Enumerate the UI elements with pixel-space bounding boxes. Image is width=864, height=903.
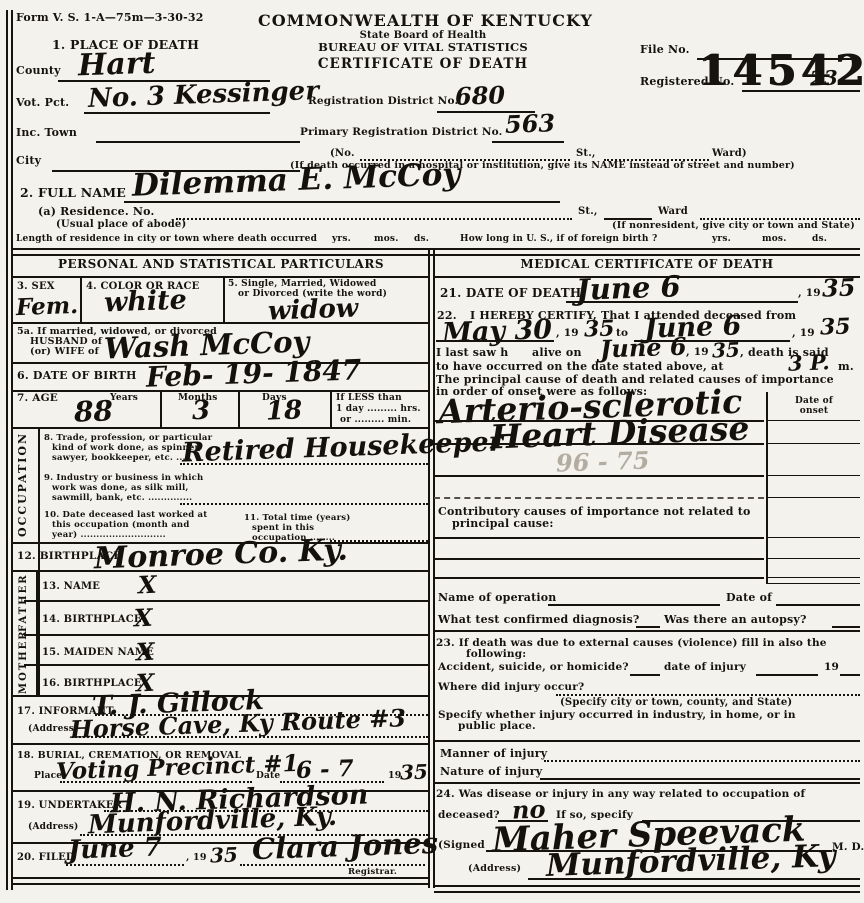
onset-label-2: onset: [768, 406, 860, 416]
top-section-divider: [13, 248, 860, 256]
autopsy-line: [832, 626, 860, 628]
age-label: 7. AGE: [17, 393, 58, 405]
onset-label-1: Date of: [768, 396, 860, 406]
certify-to-year: 35: [820, 315, 851, 338]
q13-value: X: [138, 573, 157, 598]
left-border-inner: [11, 10, 13, 890]
injury-year-label: 19: [824, 662, 839, 674]
dod-line: [566, 301, 798, 303]
certify-from-value: May 30: [442, 316, 553, 347]
sex-value: Fem.: [16, 294, 79, 319]
dob-label: 6. DATE OF BIRTH: [17, 370, 137, 382]
marital-value: widow: [268, 295, 359, 324]
vot-pct-label: Vot. Pct.: [16, 97, 69, 109]
onset-box-bottom: [766, 583, 860, 584]
age-years-value: 88: [74, 397, 114, 426]
last-saw-year: 35: [712, 340, 741, 361]
marital-label-1: 5. Single, Married, Widowed: [228, 279, 377, 289]
physician-addr-label: (Address): [468, 864, 521, 875]
dod-value: June 6: [576, 272, 682, 305]
burial-year-value: 35: [400, 762, 429, 783]
no-st-ward-label-ward: Ward): [712, 148, 747, 159]
bottom-border-left: [13, 877, 428, 885]
wife-of-label: (or) WIFE of: [30, 347, 99, 358]
signed-label: (Signed: [438, 840, 485, 852]
primary-reg-value: 563: [505, 111, 556, 137]
age-bottom-line: [13, 427, 428, 429]
foreign-mos-label: mos.: [762, 234, 787, 244]
test-line: [636, 626, 660, 628]
informant-addr-line: [72, 736, 428, 738]
injury-date-label: date of injury: [664, 662, 746, 674]
less-than-label-2: 1 day ......... hrs.: [336, 404, 421, 414]
operation-label: Name of operation: [438, 592, 557, 604]
accident-label: Accident, suicide, or homicide?: [438, 662, 629, 674]
filed-date-value: June 7: [68, 834, 163, 863]
no-st-ward-label-st: St.,: [576, 148, 596, 159]
q14-line: [24, 634, 428, 636]
file-number-stamp: 14542: [698, 50, 864, 92]
contributory-line-1: [434, 537, 764, 539]
reg-district-label: Registration District No.: [308, 96, 458, 108]
operation-date-label: Date of: [726, 592, 772, 604]
burial-date-label: Date: [256, 771, 280, 781]
q16-label: 16. BIRTHPLACE: [42, 678, 142, 689]
personal-title-underline: [13, 276, 428, 278]
nonresident-note: (If nonresident, give city or town and S…: [612, 221, 855, 232]
residence-sub-label: (Usual place of abode): [56, 219, 186, 230]
age-divider-1: [160, 390, 162, 427]
nature-row-bottom-line: [434, 782, 860, 784]
where-injury-line: [556, 694, 860, 696]
specify-row-line: [434, 740, 860, 742]
contributory-line-2: [434, 558, 764, 560]
father-side-label: FATHER: [18, 574, 29, 632]
age-divider-3: [330, 390, 332, 427]
bottom-border-right: [434, 885, 860, 893]
q9-label-3: sawmill, bank, etc. ..............: [52, 494, 192, 504]
q8-line: [180, 463, 428, 465]
row345-bottom-line: [13, 322, 428, 324]
faint-pencil-note: 96 - 75: [556, 448, 650, 475]
occupation-side-label: OCCUPATION: [16, 437, 29, 537]
onset-line-2: [766, 443, 860, 444]
length-residence-label: Length of residence in city or town wher…: [16, 234, 317, 244]
manner-label: Manner of injury: [440, 748, 547, 760]
death-time-value: 3 P.: [788, 351, 830, 373]
form-number: Form V. S. 1-A—75m—3-30-32: [16, 12, 204, 24]
q9-line: [180, 503, 428, 505]
filed-year-prefix: , 19: [186, 853, 207, 864]
race-value: white: [104, 287, 188, 317]
age-years-header: Years: [110, 393, 138, 403]
operation-date-line: [776, 604, 860, 606]
onset-line-6: [766, 558, 860, 559]
length-ds-label: ds.: [414, 234, 429, 244]
burial-date-value: 6 - 7: [296, 757, 354, 782]
where-injury-label: Where did injury occur?: [438, 682, 584, 694]
dob-bottom-line: [13, 390, 428, 392]
cause-line-3: [434, 475, 764, 477]
column-divider-2: [433, 248, 435, 888]
inc-town-line: [96, 141, 300, 143]
specify-whether-label-2: public place.: [458, 721, 536, 733]
autopsy-label: Was there an autopsy?: [664, 614, 807, 626]
contributory-line-3: [434, 577, 764, 579]
q14-label: 14. BIRTHPLACE: [42, 614, 142, 625]
q23-label-2: following:: [466, 649, 526, 661]
residence-line: [176, 218, 572, 220]
age-divider-2: [238, 390, 240, 427]
foreign-birth-label: How long in U. S., if of foreign birth ?: [460, 234, 657, 244]
registrar-line: [240, 864, 425, 866]
personal-section-title: PERSONAL AND STATISTICAL PARTICULARS: [14, 258, 428, 271]
residence-ward-label: Ward: [658, 206, 688, 217]
manner-line: [544, 760, 860, 762]
nature-line: [540, 778, 860, 780]
sex-label: 3. SEX: [17, 281, 55, 292]
q8-value: Retired Housekeeper: [182, 428, 504, 466]
less-than-label-1: If LESS than: [336, 393, 402, 403]
last-saw-label-2: alive on: [532, 347, 582, 359]
primary-reg-label: Primary Registration District No.: [300, 127, 503, 139]
header-certificate-of-death: CERTIFICATE OF DEATH: [258, 57, 588, 72]
last-saw-label-1: I last saw h: [436, 347, 508, 359]
death-certificate-document: Form V. S. 1-A—75m—3-30-32 COMMONWEALTH …: [0, 0, 864, 903]
header-commonwealth: COMMONWEALTH OF KENTUCKY: [258, 12, 588, 30]
length-mos-label: mos.: [374, 234, 399, 244]
length-yrs-label: yrs.: [332, 234, 351, 244]
specify-city-note: (Specify city or town, county, and State…: [560, 697, 792, 708]
county-label: County: [16, 65, 61, 77]
contributory-label-2: principal cause:: [452, 518, 554, 530]
q14-value: X: [134, 606, 153, 631]
md-label: M. D.: [832, 842, 864, 854]
q15-value: X: [136, 640, 155, 665]
physician-addr-line: [528, 878, 860, 880]
onset-line-5: [766, 537, 860, 538]
sex-race-divider: [80, 277, 82, 322]
full-name-label: 2. FULL NAME: [20, 186, 126, 200]
parents-side-divider: [36, 570, 38, 695]
cause-line-2: [434, 443, 764, 445]
dod-year-prefix: , 19: [798, 288, 821, 300]
registered-no-value: 23: [810, 68, 839, 89]
operation-line: [548, 604, 720, 606]
occurred-label-2: m.: [838, 361, 854, 373]
informant-bottom-line: [13, 743, 428, 745]
occurred-label-1: to have occurred on the date stated abov…: [436, 361, 724, 373]
dod-label: 21. DATE OF DEATH: [440, 287, 581, 300]
less-than-label-3: or ......... min.: [340, 415, 411, 425]
q24-label: 24. Was disease or injury in any way rel…: [436, 789, 805, 801]
injury-date-line: [756, 674, 818, 676]
onset-line-4: [766, 497, 860, 498]
age-months-value: 3: [192, 398, 211, 425]
onset-line-1: [766, 420, 860, 421]
inc-town-label: Inc. Town: [16, 127, 77, 139]
residence-st-label: St.,: [578, 206, 598, 217]
registrar-label: Registrar.: [348, 868, 397, 878]
certify-from-line: [436, 340, 554, 342]
full-name-value: Dilemma E. McCoy: [132, 159, 461, 201]
county-value: Hart: [78, 49, 156, 82]
onset-line-7: [766, 577, 860, 578]
dob-value: Feb- 19- 1847: [146, 356, 362, 391]
foreign-yrs-label: yrs.: [712, 234, 731, 244]
foreign-ds-label: ds.: [812, 234, 827, 244]
filed-date-line: [66, 864, 184, 866]
residence-label: (a) Residence. No.: [38, 206, 155, 218]
cause-line-4: [434, 497, 764, 499]
birthplace-value: Monroe Co. Ky.: [94, 536, 349, 575]
certify-from-prefix: , 19: [556, 328, 579, 340]
reg-district-value: 680: [455, 83, 506, 109]
race-marital-divider: [223, 277, 225, 322]
left-border-outer: [6, 10, 8, 890]
q13-line: [24, 600, 428, 602]
city-label: City: [16, 155, 41, 167]
q15-line: [24, 664, 428, 666]
last-saw-prefix: , 19: [686, 347, 709, 359]
test-label: What test confirmed diagnosis?: [438, 614, 640, 626]
q8-label-3: sawyer, bookkeeper, etc. .....: [52, 454, 192, 464]
dod-year-value: 35: [822, 275, 856, 300]
burial-place-line: [60, 781, 252, 783]
no-st-ward-label-no: (No.: [330, 148, 355, 159]
accident-line: [630, 674, 660, 676]
column-divider-1: [428, 248, 430, 888]
onset-line-3: [766, 475, 860, 476]
nature-label: Nature of injury: [440, 766, 542, 778]
last-saw-value: June 6: [600, 334, 687, 361]
file-no-label: File No.: [640, 44, 690, 56]
certify-to-prefix: , 19: [792, 328, 815, 340]
q13-label: 13. NAME: [42, 581, 100, 592]
physician-addr-value: Munfordville, Ky: [546, 841, 837, 882]
filed-label: 20. FILED: [17, 852, 75, 863]
registrar-signature: Clara Jones: [252, 829, 439, 864]
primary-reg-line: [492, 141, 564, 143]
injury-year-line: [840, 674, 860, 676]
filed-year-value: 35: [210, 845, 239, 866]
test-row-bottom-line: [434, 630, 860, 632]
undertaker-addr-label: (Address): [28, 822, 79, 832]
vot-pct-value: No. 3 Kessinger: [88, 78, 320, 112]
age-days-value: 18: [266, 397, 303, 424]
header-bureau: BUREAU OF VITAL STATISTICS: [258, 41, 588, 54]
birthplace-bottom-line: [13, 570, 428, 572]
